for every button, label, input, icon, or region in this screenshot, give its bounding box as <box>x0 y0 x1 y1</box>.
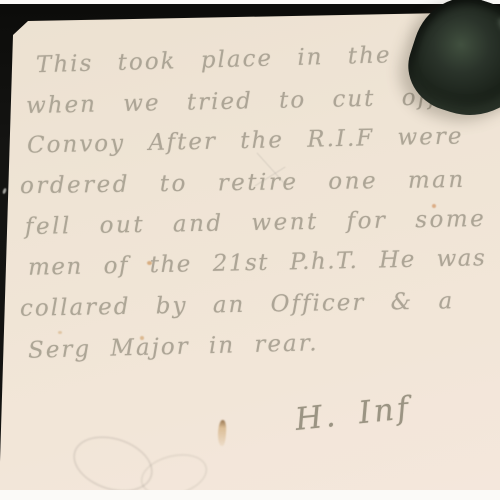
pencil-smudge <box>136 447 212 500</box>
handwriting-line-6: men of the 21st P.h.T. He was <box>28 245 487 281</box>
photograph-of-handwritten-note: This took place in the fight when we tri… <box>0 0 500 500</box>
handwriting-line-8: Serg Major in rear. <box>28 330 319 364</box>
dark-object-highlight <box>495 16 500 42</box>
handwritten-signature: H. Inf <box>293 390 413 438</box>
handwriting-line-3: Convoy After the R.I.F were <box>27 123 464 158</box>
handwriting-line-4: ordered to retire one man <box>20 167 466 199</box>
foxing-spot <box>58 331 62 334</box>
handwriting-line-7: collared by an Officer & a <box>20 288 455 322</box>
foxing-stain <box>217 420 227 446</box>
handwriting-line-5: fell out and went for some <box>25 206 487 240</box>
